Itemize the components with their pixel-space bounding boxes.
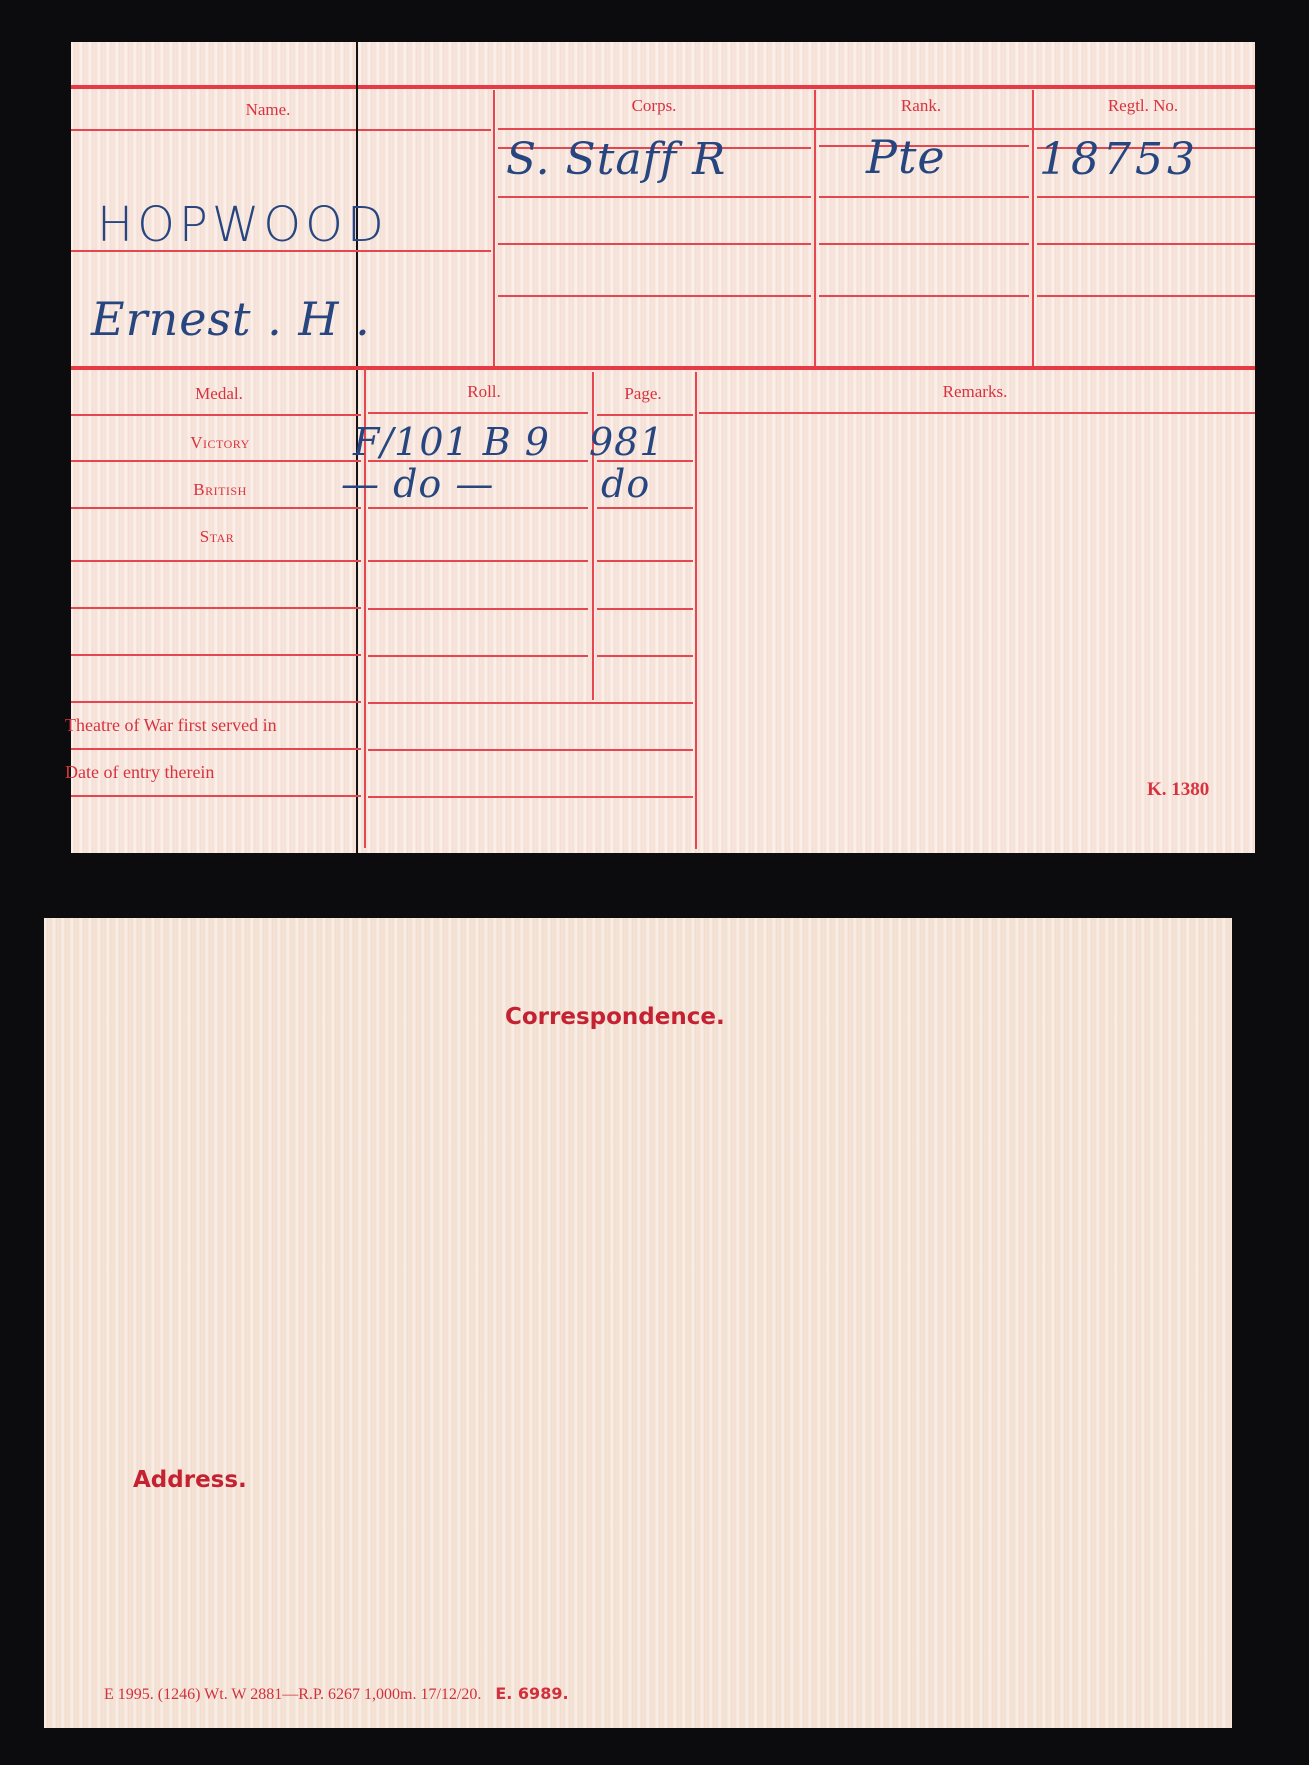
- rule: [368, 796, 693, 798]
- rule: [368, 507, 588, 509]
- rule: [71, 748, 361, 750]
- rule: [71, 701, 361, 703]
- british-page-value: do: [601, 462, 650, 506]
- rule: [597, 560, 693, 562]
- rule: [368, 412, 588, 414]
- corps-header: Corps.: [632, 96, 677, 116]
- victory-page-value: 981: [589, 420, 665, 464]
- rule: [1032, 90, 1034, 368]
- theatre-label: Theatre of War first served in: [65, 715, 277, 736]
- british-roll-value: — do —: [341, 462, 494, 506]
- printer-imprint: E 1995. (1246) Wt. W 2881—R.P. 6267 1,00…: [104, 1684, 569, 1704]
- rule: [699, 412, 1255, 414]
- medal-index-card-front: Name. Corps. Rank. Regtl. No. HOPWOOD Er…: [71, 42, 1255, 853]
- rule-top: [71, 85, 1255, 89]
- rule: [819, 295, 1029, 297]
- rule: [498, 243, 811, 245]
- rule: [814, 90, 816, 368]
- rule: [71, 460, 361, 462]
- rule: [1037, 295, 1255, 297]
- rule: [597, 414, 693, 416]
- rule: [71, 560, 361, 562]
- rule: [819, 243, 1029, 245]
- rule: [819, 196, 1029, 198]
- regtl-no-value: 18753: [1039, 134, 1199, 185]
- date-entry-label: Date of entry therein: [65, 762, 214, 783]
- medal-british-label: British: [193, 480, 247, 500]
- rank-header: Rank.: [901, 96, 941, 116]
- rule: [498, 196, 811, 198]
- rule: [597, 655, 693, 657]
- victory-roll-value: F/101 B 9: [353, 420, 550, 464]
- regtl-no-header: Regtl. No.: [1108, 96, 1178, 116]
- rule: [71, 507, 361, 509]
- rule: [368, 702, 693, 704]
- rank-value: Pte: [866, 130, 946, 184]
- rule: [597, 608, 693, 610]
- rule: [71, 607, 361, 609]
- correspondence-title: Correspondence.: [505, 1004, 725, 1030]
- rule: [695, 372, 697, 849]
- rule: [368, 608, 588, 610]
- forenames-value: Ernest . H .: [91, 292, 371, 346]
- rule: [71, 654, 361, 656]
- address-label: Address.: [133, 1467, 247, 1493]
- imprint-code: E. 6989.: [495, 1684, 568, 1703]
- rule: [1037, 243, 1255, 245]
- rule: [498, 295, 811, 297]
- medal-victory-label: Victory: [190, 433, 250, 453]
- rule-mid: [71, 366, 1255, 370]
- rule: [368, 749, 693, 751]
- surname-value: HOPWOOD: [97, 197, 388, 253]
- corps-value: S. Staff R: [506, 134, 726, 185]
- rule: [493, 90, 495, 368]
- medal-index-card-back: Correspondence. Address. E 1995. (1246) …: [44, 918, 1232, 1728]
- medal-star-label: Star: [200, 527, 235, 547]
- roll-header: Roll.: [467, 382, 501, 402]
- rule: [368, 560, 588, 562]
- medal-header: Medal.: [195, 384, 243, 404]
- page-header: Page.: [624, 384, 661, 404]
- rule: [71, 414, 361, 416]
- rule: [1037, 196, 1255, 198]
- imprint-text: E 1995. (1246) Wt. W 2881—R.P. 6267 1,00…: [104, 1686, 481, 1703]
- remarks-header: Remarks.: [943, 382, 1008, 402]
- form-number: K. 1380: [1147, 779, 1209, 801]
- rule: [597, 507, 693, 509]
- rule: [71, 129, 491, 131]
- name-header: Name.: [246, 100, 291, 120]
- rule: [368, 655, 588, 657]
- rule: [71, 795, 361, 797]
